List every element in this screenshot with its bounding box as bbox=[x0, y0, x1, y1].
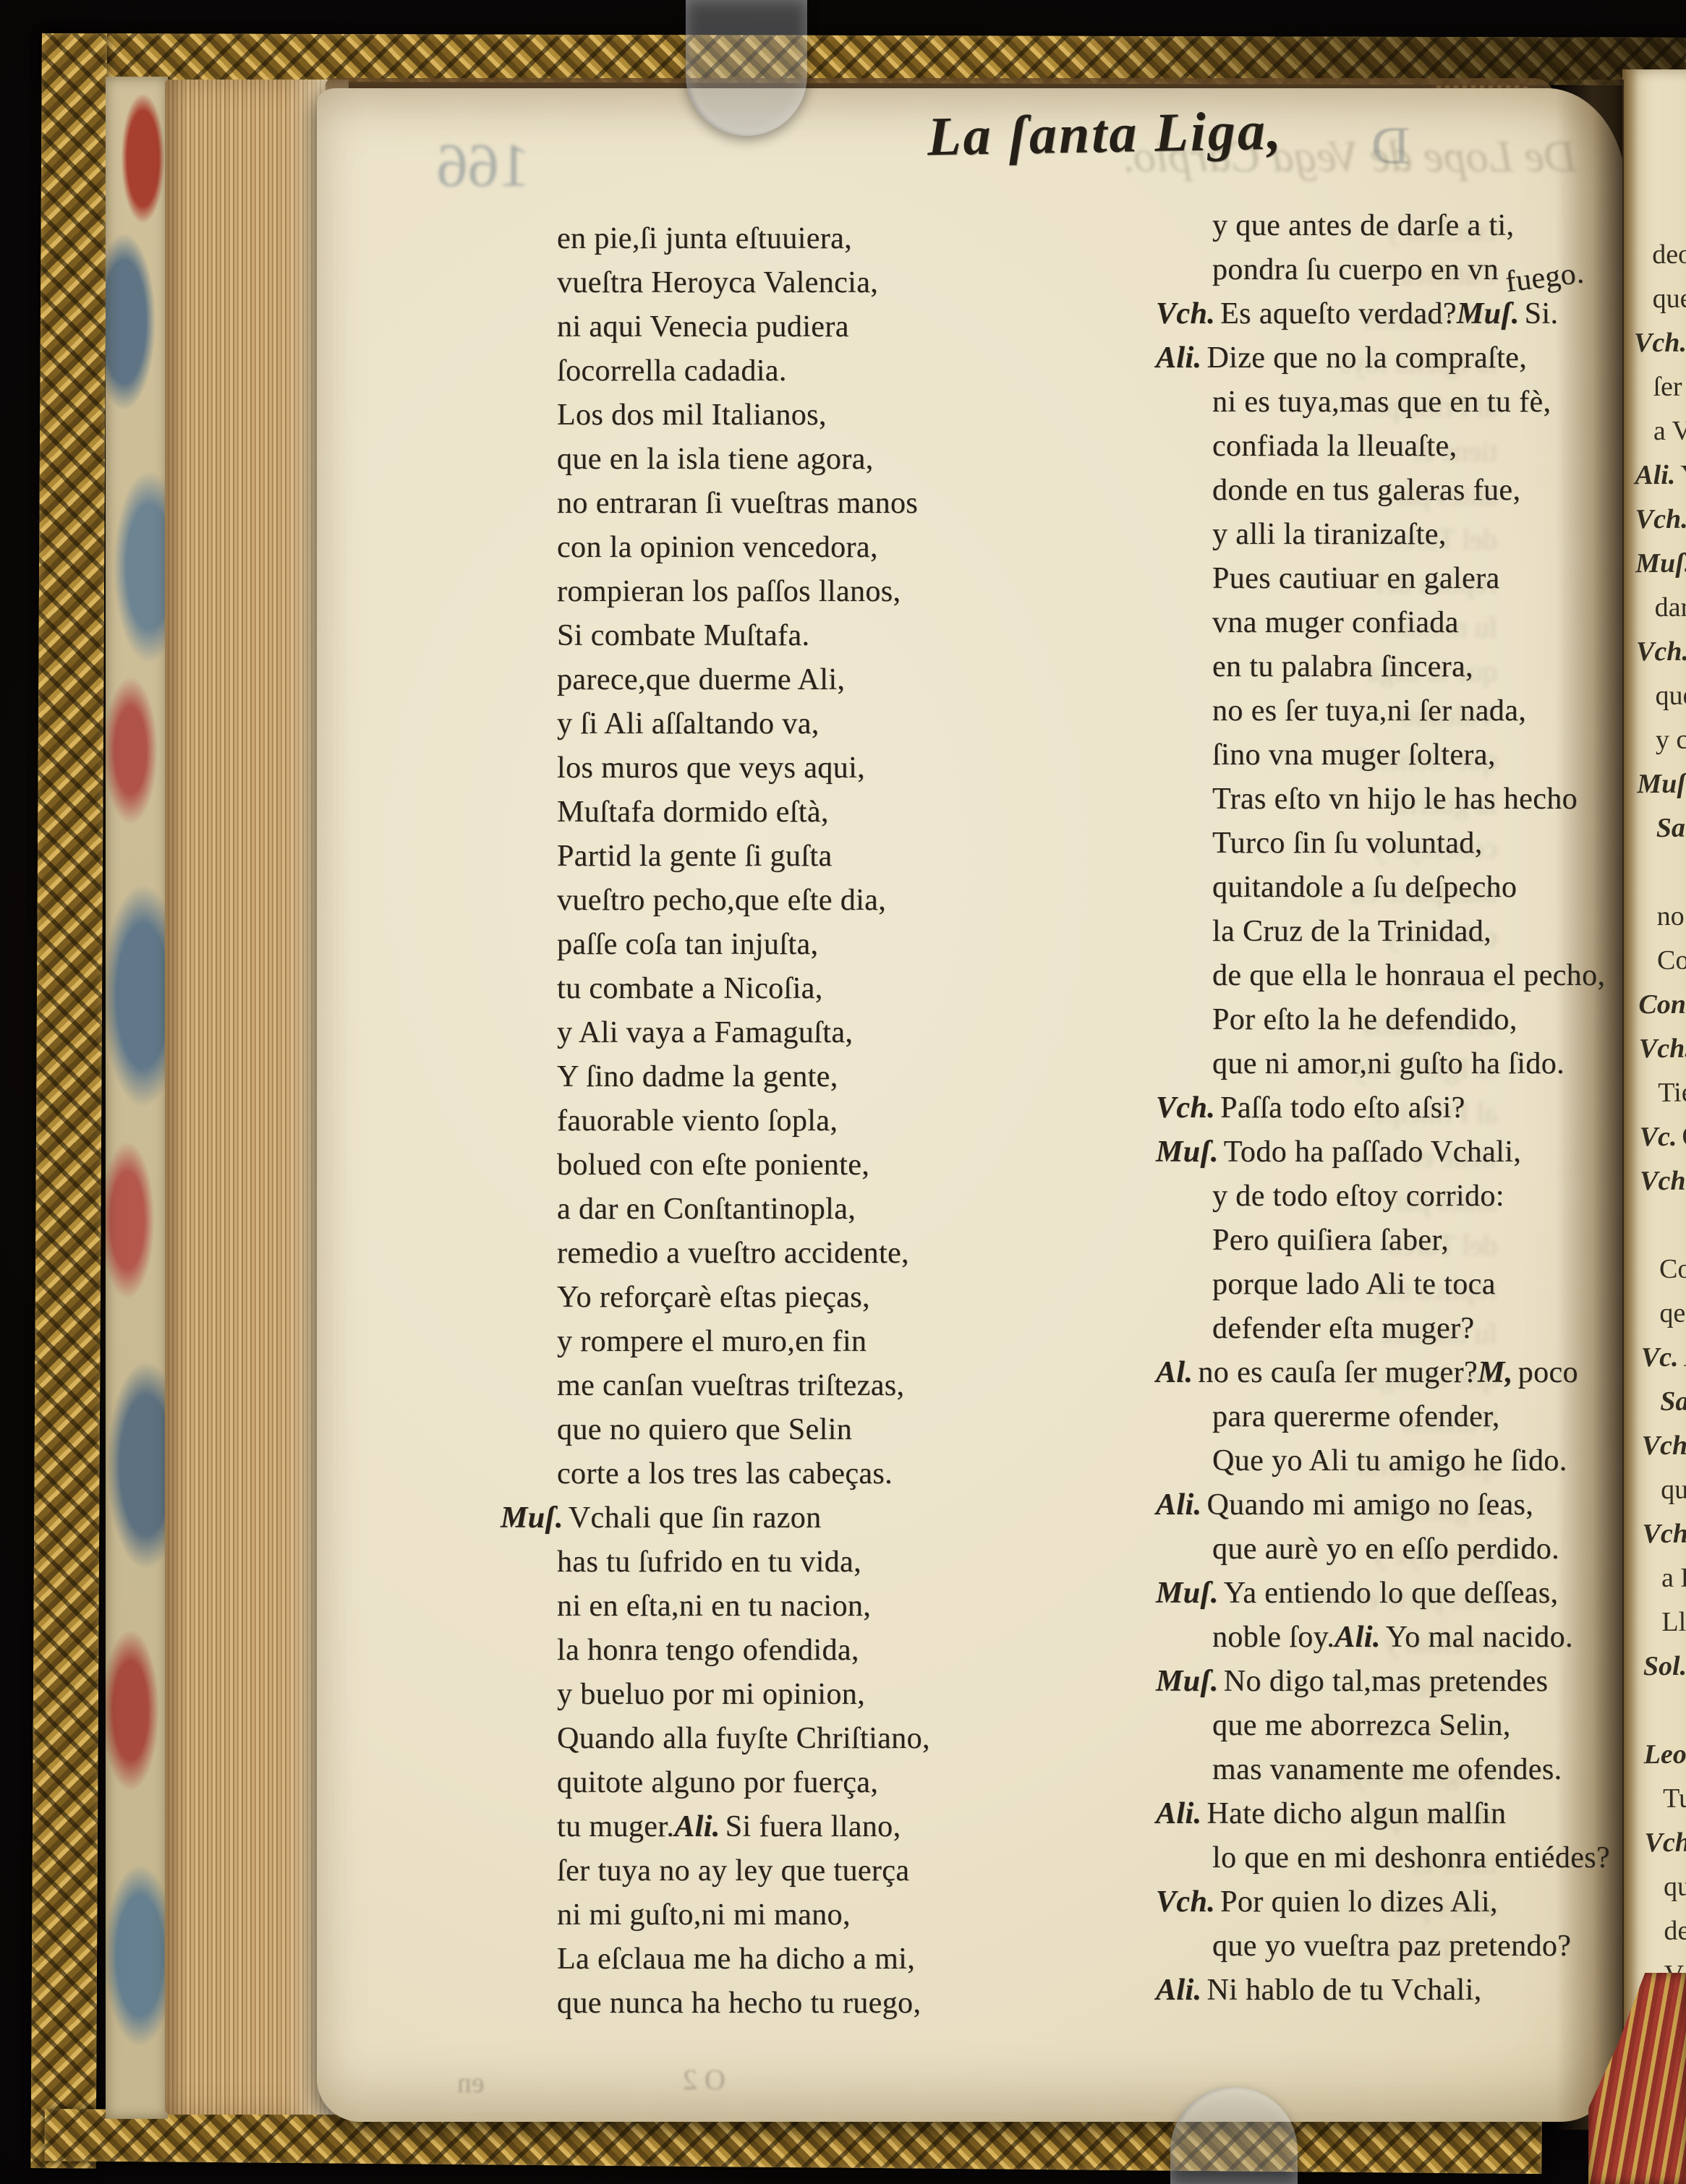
verse-text: que yo vueſtra paz pretendo? bbox=[1212, 1929, 1571, 1963]
verse-line: fauorable viento ſopla, bbox=[501, 1099, 1151, 1143]
verse-text: que ni amor,ni guſto ha ſido. bbox=[1212, 1047, 1564, 1080]
verse-text: no entraran ſi vueſtras manos bbox=[557, 487, 918, 520]
verse-text: la Cruz de la Trinidad, bbox=[1212, 915, 1491, 948]
verse-line: quitandole a ſu deſpecho bbox=[1156, 866, 1686, 910]
verse-text: ni mi guſto,ni mi mano, bbox=[557, 1898, 851, 1932]
verse-text: ni es tuya,mas que en tu fè, bbox=[1212, 385, 1551, 419]
verse-text: pondra ſu cuerpo en vn bbox=[1212, 253, 1499, 286]
speaker-abbreviation: Vch. bbox=[1156, 1885, 1220, 1919]
verse-text: fauorable viento ſopla, bbox=[557, 1104, 838, 1138]
verse-text: no es cauſa ſer muger? bbox=[1198, 1356, 1478, 1389]
verse-text: Ni hablo de tu Vchali, bbox=[1206, 1974, 1481, 2007]
verse-text: Y ſino dadme la gente, bbox=[557, 1060, 838, 1093]
verse-line: Pues cautiuar en galera bbox=[1156, 557, 1686, 601]
bleedthrough-initial: D bbox=[1371, 116, 1410, 177]
verse-text: y de todo eſtoy corrido: bbox=[1212, 1180, 1504, 1213]
verse-line: defender eſta muger? bbox=[1156, 1307, 1686, 1351]
verse-text: Por eſto la he defendido, bbox=[1212, 1003, 1517, 1036]
verse-text: confiada la lleuaſte, bbox=[1212, 430, 1457, 463]
verse-line: Por eſto la he defendido, bbox=[1156, 998, 1686, 1042]
verse-text: y bueluo por mi opinion, bbox=[557, 1678, 865, 1711]
verse-line: que nunca ha hecho tu ruego, bbox=[501, 1982, 1151, 2026]
speaker-abbreviation: Ali. bbox=[674, 1810, 725, 1843]
verse-line: tu muger.Ali.Si fuera llano, bbox=[501, 1805, 1151, 1849]
verse-line: Pero quiſiera ſaber, bbox=[1156, 1219, 1686, 1263]
verse-text: Por quien lo dizes Ali, bbox=[1220, 1885, 1498, 1919]
verse-line: pondra ſu cuerpo en vn fuego. bbox=[1156, 248, 1686, 292]
verse-line: ni en eſta,ni en tu nacion, bbox=[501, 1584, 1151, 1629]
verse-line: en pie,ſi junta eſtuuiera, bbox=[501, 217, 1151, 261]
verse-line: que aurè yo en eſſo perdido. bbox=[1156, 1527, 1686, 1571]
verse-line: vna muger confiada bbox=[1156, 601, 1686, 645]
verse-line: Ali.Quando mi amigo no ſeas, bbox=[1156, 1483, 1686, 1527]
verse-text: Vchali que ſin razon bbox=[569, 1501, 822, 1535]
glass-weight-top bbox=[686, 0, 807, 136]
verse-line: Tras eſto vn hijo le has hecho bbox=[1156, 777, 1686, 822]
verse-text: vna muger confiada bbox=[1212, 606, 1459, 639]
verse-text: no es ſer tuya,ni ſer nada, bbox=[1212, 694, 1526, 728]
verse-text: quitandole a ſu deſpecho bbox=[1212, 871, 1517, 904]
verse-text: Partid la gente ſi guſta bbox=[557, 840, 833, 873]
verse-line: Muſ.Todo ha paſſado Vchali, bbox=[1156, 1130, 1686, 1174]
verse-text: No digo tal,mas pretendes bbox=[1224, 1665, 1549, 1698]
marbled-endpaper-edge bbox=[106, 77, 168, 2119]
verse-text: Es aqueſto verdad? bbox=[1220, 297, 1457, 330]
verse-text: remedio a vueſtro accidente, bbox=[557, 1237, 909, 1270]
verse-text: ſer tuya no ay ley que tuerça bbox=[557, 1854, 909, 1887]
speaker-abbreviation: Vch. bbox=[1156, 297, 1220, 330]
verse-line: y que antes de darſe a ti, bbox=[1156, 204, 1686, 248]
verse-line: y bueluo por mi opinion, bbox=[501, 1673, 1151, 1717]
verse-text: poco bbox=[1518, 1356, 1578, 1389]
verse-line: Partid la gente ſi guſta bbox=[501, 835, 1151, 879]
verse-text: bolued con eſte poniente, bbox=[557, 1148, 869, 1182]
verse-line: de que ella le honraua el pecho, bbox=[1156, 954, 1686, 998]
verse-line: la honra tengo ofendida, bbox=[501, 1629, 1151, 1673]
verse-text: en tu palabra ſincera, bbox=[1212, 650, 1473, 683]
verse-text: que nunca ha hecho tu ruego, bbox=[557, 1987, 921, 2020]
verse-text: Turco ſin ſu voluntad, bbox=[1212, 827, 1483, 860]
speaker-abbreviation: Muſ. bbox=[1156, 1135, 1224, 1169]
verse-line: Vch.Es aqueſto verdad?Muſ.Si. bbox=[1156, 292, 1686, 336]
verse-line: Muſtafa dormido eſtà, bbox=[501, 790, 1151, 835]
verse-line: tu combate a Nicoſia, bbox=[501, 967, 1151, 1011]
verse-text: Que yo Ali tu amigo he ſido. bbox=[1212, 1444, 1567, 1477]
verse-line: lo que en mi deshonra entiédes? bbox=[1156, 1836, 1686, 1880]
verse-text: en pie,ſi junta eſtuuiera, bbox=[557, 222, 852, 255]
verse-line: que ni amor,ni guſto ha ſido. bbox=[1156, 1042, 1686, 1086]
verse-line: La eſclaua me ha dicho a mi, bbox=[501, 1937, 1151, 1982]
verse-text: y rompere el muro,en fin bbox=[557, 1325, 867, 1358]
verse-text: ni en eſta,ni en tu nacion, bbox=[557, 1590, 871, 1623]
verse-text: vueſtro pecho,que eſte dia, bbox=[557, 884, 886, 917]
verse-line: no es ſer tuya,ni ſer nada, bbox=[1156, 689, 1686, 733]
verse-text: donde en tus galeras fue, bbox=[1212, 474, 1520, 507]
verse-line: Vch.Paſſa todo eſto aſsi? bbox=[1156, 1086, 1686, 1130]
verse-text: Ya entiendo lo que deſſeas, bbox=[1224, 1577, 1559, 1610]
verse-text: Si. bbox=[1525, 297, 1559, 330]
verse-line: Ali.Dize que no la compraſte, bbox=[1156, 336, 1686, 380]
verse-text: para quererme ofender, bbox=[1212, 1400, 1500, 1433]
verse-text: Todo ha paſſado Vchali, bbox=[1224, 1135, 1521, 1169]
verse-line: parece,que duerme Ali, bbox=[501, 658, 1151, 702]
verse-text: me canſan vueſtras triſtezas, bbox=[557, 1369, 904, 1402]
bleedthrough-page-number: 166 bbox=[437, 129, 530, 201]
verse-text: vueſtra Heroyca Valencia, bbox=[557, 266, 878, 299]
verse-text: Yo mal nacido. bbox=[1386, 1621, 1573, 1654]
gilt-border-left bbox=[31, 33, 107, 2168]
verse-line: corte a los tres las cabeças. bbox=[501, 1452, 1151, 1496]
bleedthrough-signature-mark: O 2 bbox=[683, 2063, 725, 2096]
verse-line: que yo vueſtra paz pretendo? bbox=[1156, 1924, 1686, 1968]
verse-line: Muſ.No digo tal,mas pretendes bbox=[1156, 1660, 1686, 1704]
verse-line: Ali.Hate dicho algun malſin bbox=[1156, 1792, 1686, 1836]
verse-line: quitote alguno por fuerça, bbox=[501, 1761, 1151, 1805]
verse-line: y rompere el muro,en fin bbox=[501, 1320, 1151, 1364]
verse-line: Yo reforçarè eſtas pieças, bbox=[501, 1276, 1151, 1320]
verse-text: ſocorrella cadadia. bbox=[557, 354, 787, 388]
verse-text: tu combate a Nicoſia, bbox=[557, 972, 823, 1005]
verse-line: la Cruz de la Trinidad, bbox=[1156, 910, 1686, 954]
verse-text: los muros que veys aqui, bbox=[557, 751, 865, 785]
speaker-abbreviation: Ali. bbox=[1156, 341, 1206, 375]
verse-column-left: en pie,ſi junta eſtuuiera,vueſtra Heroyc… bbox=[501, 217, 1151, 2026]
verse-line: que me aborrezca Selin, bbox=[1156, 1704, 1686, 1748]
verse-line: donde en tus galeras fue, bbox=[1156, 469, 1686, 513]
verse-line: no entraran ſi vueſtras manos bbox=[501, 482, 1151, 526]
verse-line: me canſan vueſtras triſtezas, bbox=[501, 1364, 1151, 1408]
verse-text: Tras eſto vn hijo le has hecho bbox=[1212, 782, 1578, 816]
verse-line: Quando alla fuyſte Chriſtiano, bbox=[501, 1717, 1151, 1761]
verse-line: ni es tuya,mas que en tu fè, bbox=[1156, 380, 1686, 425]
verse-text: Paſſa todo eſto aſsi? bbox=[1220, 1091, 1465, 1125]
verse-text: Yo reforçarè eſtas pieças, bbox=[557, 1281, 870, 1314]
verse-text: parece,que duerme Ali, bbox=[557, 663, 845, 696]
verse-line: que no quiero que Selin bbox=[501, 1408, 1151, 1452]
verse-line: Muſ.Ya entiendo lo que deſſeas, bbox=[1156, 1571, 1686, 1616]
verse-line: ni aqui Venecia pudiera bbox=[501, 305, 1151, 349]
verse-text: que me aborrezca Selin, bbox=[1212, 1709, 1511, 1742]
verse-text: porque lado Ali te toca bbox=[1212, 1268, 1496, 1301]
verse-text: con la opinion vencedora, bbox=[557, 531, 878, 564]
verse-text: La eſclaua me ha dicho a mi, bbox=[557, 1942, 915, 1976]
verse-text: a dar en Conſtantinopla, bbox=[557, 1193, 856, 1226]
speaker-abbreviation: Ali. bbox=[1334, 1621, 1385, 1654]
verse-line: a dar en Conſtantinopla, bbox=[501, 1187, 1151, 1232]
verse-line: has tu ſufrido en tu vida, bbox=[501, 1540, 1151, 1584]
speaker-abbreviation: Ali. bbox=[1156, 1488, 1206, 1522]
verse-text: que en la isla tiene agora, bbox=[557, 443, 874, 476]
verse-line: vueſtro pecho,que eſte dia, bbox=[501, 879, 1151, 923]
verse-line: con la opinion vencedora, bbox=[501, 526, 1151, 570]
verse-line: Ali.Ni hablo de tu Vchali, bbox=[1156, 1968, 1686, 2013]
verse-text: y alli la tiranizaſte, bbox=[1212, 518, 1447, 551]
verse-line: Turco ſin ſu voluntad, bbox=[1156, 822, 1686, 866]
verse-line: ſocorrella cadadia. bbox=[501, 349, 1151, 393]
verse-line: en tu palabra ſincera, bbox=[1156, 645, 1686, 689]
verse-text: ſino vna muger ſoltera, bbox=[1212, 738, 1496, 772]
verse-line: mas vanamente me ofendes. bbox=[1156, 1748, 1686, 1792]
verse-line: para quererme ofender, bbox=[1156, 1395, 1686, 1439]
verse-line: los muros que veys aqui, bbox=[501, 746, 1151, 790]
verse-text: Dize que no la compraſte, bbox=[1206, 341, 1527, 375]
verse-line: ni mi guſto,ni mi mano, bbox=[501, 1893, 1151, 1937]
speaker-abbreviation: Vch. bbox=[1156, 1091, 1220, 1125]
verse-line: remedio a vueſtro accidente, bbox=[501, 1232, 1151, 1276]
verse-text: rompieran los paſſos llanos, bbox=[557, 575, 901, 608]
verse-line: ſino vna muger ſoltera, bbox=[1156, 733, 1686, 777]
running-title: La ſanta Liga, bbox=[844, 98, 1366, 171]
verse-text: paſſe coſa tan injuſta, bbox=[557, 928, 818, 961]
verse-line: vueſtra Heroyca Valencia, bbox=[501, 261, 1151, 305]
verse-line: rompieran los paſſos llanos, bbox=[501, 570, 1151, 614]
verse-line: Que yo Ali tu amigo he ſido. bbox=[1156, 1439, 1686, 1483]
verse-line: Al.no es cauſa ſer muger?M,poco bbox=[1156, 1351, 1686, 1395]
verse-line: y de todo eſtoy corrido: bbox=[1156, 1174, 1686, 1219]
verse-line: y ſi Ali aſſaltando va, bbox=[501, 702, 1151, 746]
verse-line: y Ali vaya a Famaguſta, bbox=[501, 1011, 1151, 1055]
verse-text: que no quiero que Selin bbox=[557, 1413, 852, 1446]
speaker-abbreviation: Ali. bbox=[1156, 1974, 1206, 2007]
verse-line: ſer tuya no ay ley que tuerça bbox=[501, 1849, 1151, 1893]
verse-text: defender eſta muger? bbox=[1212, 1312, 1474, 1345]
verse-text: la honra tengo ofendida, bbox=[557, 1634, 859, 1667]
speaker-abbreviation: Ali. bbox=[1156, 1797, 1206, 1830]
verse-text: Los dos mil Italianos, bbox=[557, 398, 827, 432]
verse-line: Los dos mil Italianos, bbox=[501, 393, 1151, 438]
verse-text: Pero quiſiera ſaber, bbox=[1212, 1224, 1449, 1257]
verse-line: Y ſino dadme la gente, bbox=[501, 1055, 1151, 1099]
verse-text: lo que en mi deshonra entiédes? bbox=[1212, 1841, 1610, 1874]
verse-text: de que ella le honraua el pecho, bbox=[1212, 959, 1605, 992]
verse-text: y que antes de darſe a ti, bbox=[1212, 209, 1514, 242]
bleedthrough-catchword: en bbox=[457, 2065, 485, 2099]
verse-text: Quando mi amigo no ſeas, bbox=[1206, 1488, 1533, 1522]
verse-line: que en la isla tiene agora, bbox=[501, 438, 1151, 482]
verse-line: Muſ.Vchali que ſin razon bbox=[501, 1496, 1151, 1540]
verse-text: tu muger. bbox=[557, 1810, 674, 1843]
verse-text: Hate dicho algun malſin bbox=[1206, 1797, 1506, 1830]
verse-text: y Ali vaya a Famaguſta, bbox=[557, 1016, 853, 1049]
verse-text: Pues cautiuar en galera bbox=[1212, 562, 1500, 595]
verse-text: Si combate Muſtafa. bbox=[557, 619, 809, 652]
verse-text: ni aqui Venecia pudiera bbox=[557, 310, 849, 344]
verse-text: mas vanamente me ofendes. bbox=[1212, 1753, 1562, 1786]
speaker-abbreviation: Muſ. bbox=[501, 1501, 569, 1535]
verse-line: porque lado Ali te toca bbox=[1156, 1263, 1686, 1307]
photographed-open-book: { "header": { "running_title": "La ſanta… bbox=[0, 0, 1686, 2184]
verse-text: Quando alla fuyſte Chriſtiano, bbox=[557, 1722, 930, 1755]
speaker-abbreviation: Muſ. bbox=[1156, 1577, 1224, 1610]
speaker-abbreviation: Muſ. bbox=[1156, 1665, 1224, 1698]
verse-line: bolued con eſte poniente, bbox=[501, 1143, 1151, 1187]
verse-line: confiada la lleuaſte, bbox=[1156, 425, 1686, 469]
verse-text: Si fuera llano, bbox=[725, 1810, 901, 1843]
verse-text: has tu ſufrido en tu vida, bbox=[557, 1545, 861, 1579]
verse-line: y alli la tiranizaſte, bbox=[1156, 513, 1686, 557]
verse-column-right: y que antes de darſe a ti,pondra ſu cuer… bbox=[1156, 204, 1686, 2013]
speaker-abbreviation: Al. bbox=[1156, 1356, 1198, 1389]
verse-line: paſſe coſa tan injuſta, bbox=[501, 923, 1151, 967]
verse-text: noble ſoy. bbox=[1212, 1621, 1334, 1654]
verse-text: y ſi Ali aſſaltando va, bbox=[557, 707, 819, 741]
verse-text: quitote alguno por fuerça, bbox=[557, 1766, 878, 1799]
verse-line: noble ſoy.Ali.Yo mal nacido. bbox=[1156, 1616, 1686, 1660]
verse-line: Vch.Por quien lo dizes Ali, bbox=[1156, 1880, 1686, 1924]
verse-text: que aurè yo en eſſo perdido. bbox=[1212, 1532, 1559, 1566]
verse-text: corte a los tres las cabeças. bbox=[557, 1457, 893, 1490]
verse-text: Muſtafa dormido eſtà, bbox=[557, 795, 829, 829]
verse-line: Si combate Muſtafa. bbox=[501, 614, 1151, 658]
speaker-abbreviation: M, bbox=[1478, 1356, 1518, 1389]
